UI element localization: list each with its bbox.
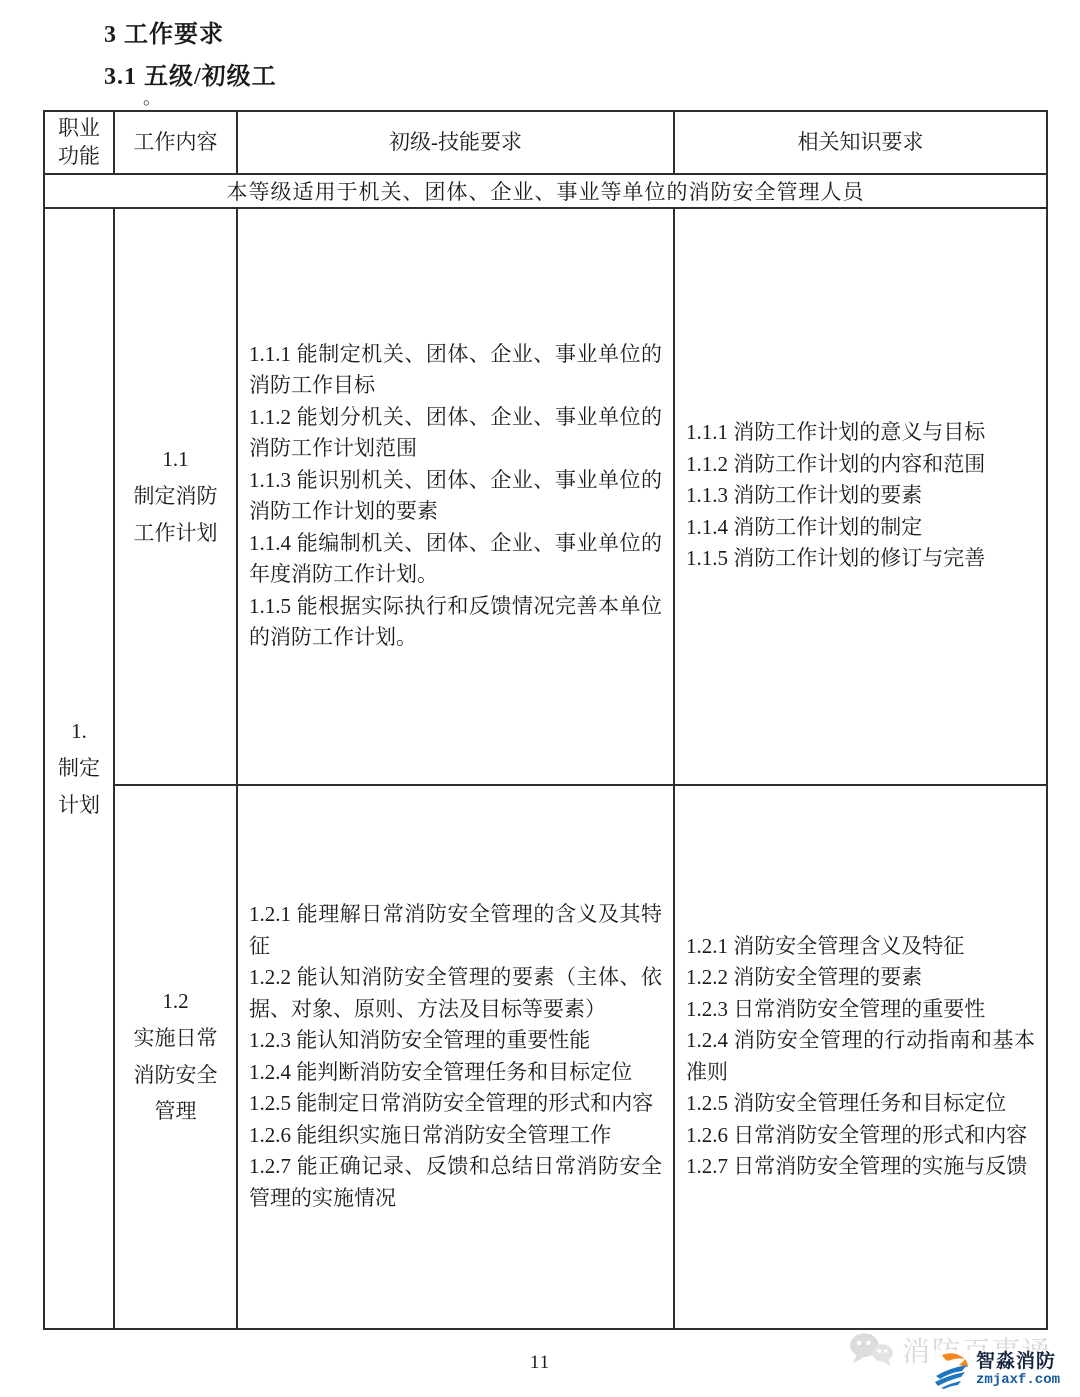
skills-list-1-1: 1.1.1 能制定机关、团体、企业、事业单位的消防工作目标1.1.2 能划分机关… bbox=[249, 339, 662, 654]
skills-cell-1-2: 1.2.1 能理解日常消防安全管理的含义及其特征1.2.2 能认知消防安全管理的… bbox=[237, 785, 674, 1329]
brand-logo: 智淼消防 zmjaxf.com bbox=[931, 1350, 1060, 1390]
subsection-heading: 3.1 五级/初级工 bbox=[104, 56, 277, 91]
scope-note-row: 本等级适用于机关、团体、企业、事业等单位的消防安全管理人员 bbox=[44, 174, 1047, 208]
knowledge-cell-1-1: 1.1.1 消防工作计划的意义与目标1.1.2 消防工作计划的内容和范围1.1.… bbox=[674, 208, 1047, 785]
header-occupation-function: 职业功能 bbox=[44, 111, 114, 174]
table-row: 1.制定计划 1.1制定消防工作计划 1.1.1 能制定机关、团体、企业、事业单… bbox=[44, 208, 1047, 785]
skills-cell-1-1: 1.1.1 能制定机关、团体、企业、事业单位的消防工作目标1.1.2 能划分机关… bbox=[237, 208, 674, 785]
document-page: 3 工作要求 3.1 五级/初级工 。 职业功能 工作内容 初级-技能要求 相关… bbox=[0, 0, 1080, 1397]
logo-url: zmjaxf.com bbox=[976, 1373, 1060, 1388]
header-work-content: 工作内容 bbox=[114, 111, 237, 174]
skills-list-1-2: 1.2.1 能理解日常消防安全管理的含义及其特征1.2.2 能认知消防安全管理的… bbox=[249, 899, 662, 1214]
knowledge-list-1-1: 1.1.1 消防工作计划的意义与目标1.1.2 消防工作计划的内容和范围1.1.… bbox=[686, 417, 1035, 575]
header-skill-requirements: 初级-技能要求 bbox=[237, 111, 674, 174]
function-group-label: 1.制定计划 bbox=[45, 713, 113, 823]
section-heading: 3 工作要求 bbox=[104, 14, 224, 49]
knowledge-list-1-2: 1.2.1 消防安全管理含义及特征1.2.2 消防安全管理的要素1.2.3 日常… bbox=[686, 931, 1035, 1183]
stray-punctuation: 。 bbox=[143, 84, 161, 110]
logo-name: 智淼消防 bbox=[976, 1352, 1060, 1373]
knowledge-cell-1-2: 1.2.1 消防安全管理含义及特征1.2.2 消防安全管理的要素1.2.3 日常… bbox=[674, 785, 1047, 1329]
header-knowledge-requirements: 相关知识要求 bbox=[674, 111, 1047, 174]
wechat-bubbles-icon bbox=[848, 1331, 894, 1369]
scope-note: 本等级适用于机关、团体、企业、事业等单位的消防安全管理人员 bbox=[44, 174, 1047, 208]
work-content-cell-1-1: 1.1制定消防工作计划 bbox=[114, 208, 237, 785]
header-occupation-function-lines: 职业功能 bbox=[49, 114, 109, 171]
work-content-cell-1-2: 1.2实施日常消防安全管理 bbox=[114, 785, 237, 1329]
work-content-label-1-1: 1.1制定消防工作计划 bbox=[115, 441, 236, 551]
function-group-cell: 1.制定计划 bbox=[44, 208, 114, 1329]
table-header-row: 职业功能 工作内容 初级-技能要求 相关知识要求 bbox=[44, 111, 1047, 174]
work-content-label-1-2: 1.2实施日常消防安全管理 bbox=[115, 983, 236, 1130]
logo-swoosh-icon bbox=[931, 1350, 971, 1390]
table-row: 1.2实施日常消防安全管理 1.2.1 能理解日常消防安全管理的含义及其特征1.… bbox=[44, 785, 1047, 1329]
occupation-standard-table: 职业功能 工作内容 初级-技能要求 相关知识要求 本等级适用于机关、团体、企业、… bbox=[43, 110, 1048, 1330]
